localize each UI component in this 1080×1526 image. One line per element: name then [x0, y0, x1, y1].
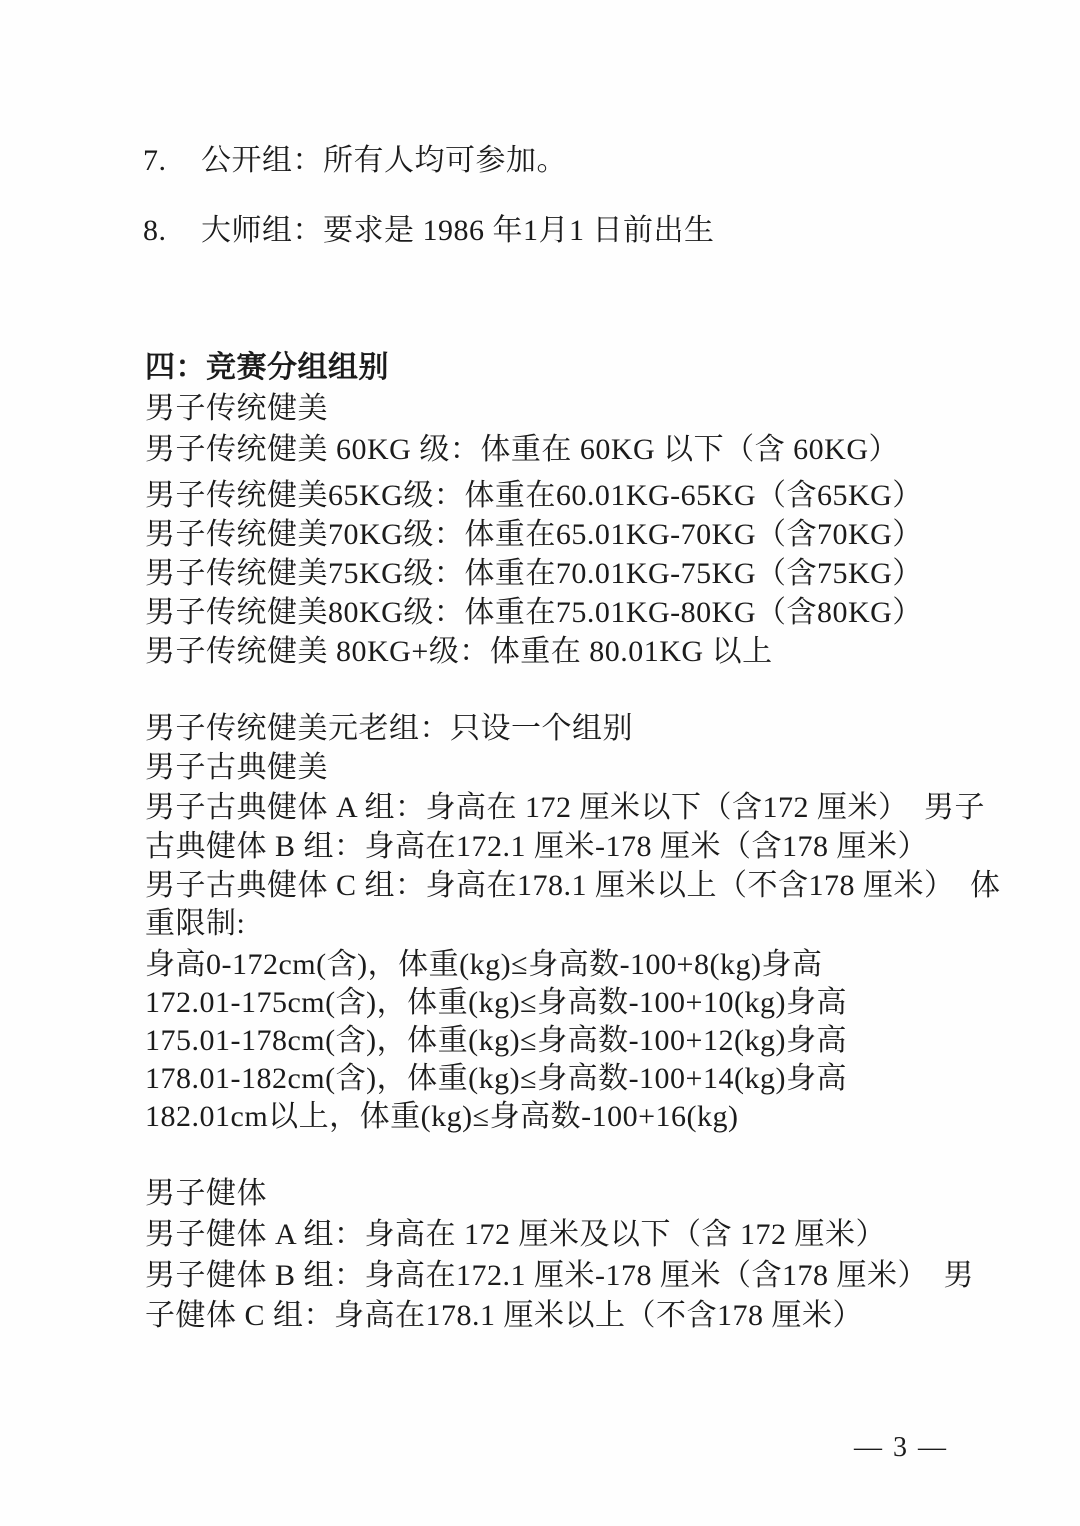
line-traditional-80kg: 男子传统健美80KG级：体重在75.01KG-80KG（含80KG）: [145, 594, 923, 632]
list-item-number: 8.: [143, 212, 201, 250]
line-traditional-75kg: 男子传统健美75KG级：体重在70.01KG-75KG（含75KG）: [145, 555, 923, 593]
line-veteran-group: 男子传统健美元老组：只设一个组别: [145, 710, 633, 748]
list-item-7: 7.公开组：所有人均可参加。: [143, 142, 567, 180]
line-weight-rule-1: 身高0-172cm(含)，体重(kg)≤身高数-100+8(kg)身高: [145, 946, 822, 984]
line-weight-limit-label: 重限制:: [145, 905, 245, 943]
section-heading: 四：竞赛分组组别: [145, 349, 389, 387]
line-traditional-65kg: 男子传统健美65KG级：体重在60.01KG-65KG（含65KG）: [145, 477, 923, 515]
line-weight-rule-3: 175.01-178cm(含)，体重(kg)≤身高数-100+12(kg)身高: [145, 1022, 847, 1060]
line-traditional-80kg-plus: 男子传统健美 80KG+级：体重在 80.01KG 以上: [145, 633, 773, 671]
line-traditional-60kg: 男子传统健美 60KG 级：体重在 60KG 以下（含 60KG）: [145, 431, 899, 469]
line-traditional-title: 男子传统健美: [145, 390, 328, 428]
line-traditional-70kg: 男子传统健美70KG级：体重在65.01KG-70KG（含70KG）: [145, 516, 923, 554]
line-weight-rule-4: 178.01-182cm(含)，体重(kg)≤身高数-100+14(kg)身高: [145, 1060, 847, 1098]
page-number: — 3 —: [854, 1432, 948, 1464]
list-item-8: 8.大师组：要求是 1986 年1月1 日前出生: [143, 212, 715, 250]
line-classic-group-c: 男子古典健体 C 组：身高在178.1 厘米以上（不含178 厘米） 体: [145, 867, 1001, 905]
line-physique-group-a: 男子健体 A 组：身高在 172 厘米及以下（含 172 厘米）: [145, 1216, 886, 1254]
line-classic-group-b: 古典健体 B 组：身高在172.1 厘米-178 厘米（含178 厘米）: [145, 828, 928, 866]
line-physique-title: 男子健体: [145, 1175, 267, 1213]
list-item-text: 公开组：所有人均可参加。: [201, 144, 567, 177]
list-item-number: 7.: [143, 142, 201, 180]
line-classic-title: 男子古典健美: [145, 749, 328, 787]
line-weight-rule-5: 182.01cm以上，体重(kg)≤身高数-100+16(kg): [145, 1098, 739, 1136]
list-item-text: 大师组：要求是 1986 年1月1 日前出生: [201, 214, 715, 247]
line-physique-group-b: 男子健体 B 组：身高在172.1 厘米-178 厘米（含178 厘米） 男: [145, 1257, 974, 1295]
line-classic-group-a: 男子古典健体 A 组：身高在 172 厘米以下（含172 厘米） 男子: [145, 789, 985, 827]
line-physique-group-c: 子健体 C 组：身高在178.1 厘米以上（不含178 厘米）: [145, 1297, 863, 1335]
line-weight-rule-2: 172.01-175cm(含)，体重(kg)≤身高数-100+10(kg)身高: [145, 984, 847, 1022]
document-page: 7.公开组：所有人均可参加。 8.大师组：要求是 1986 年1月1 日前出生 …: [0, 0, 1080, 1526]
